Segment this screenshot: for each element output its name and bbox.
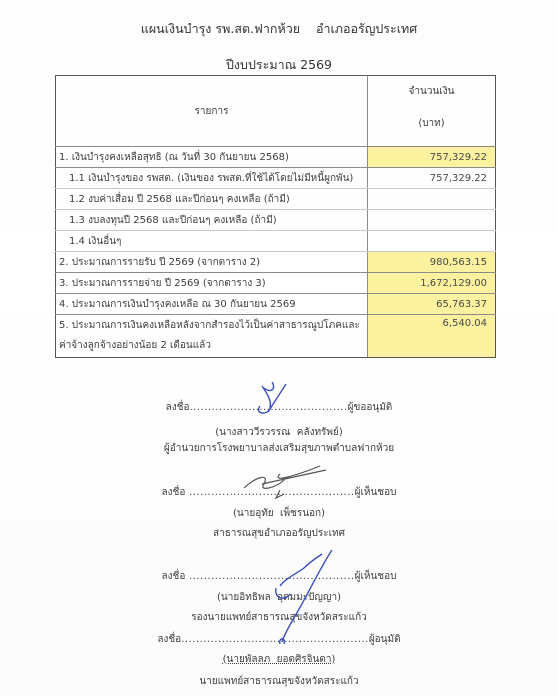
signer-name-final-approver: (นายพัลลภ ยอดศิรจินดา)	[0, 652, 558, 667]
row-label: 1.2 งบค่าเสื่อม ปี 2568 และปีก่อนๆ คงเหล…	[56, 189, 368, 210]
header-amount: จำนวนเงิน (บาท)	[368, 76, 496, 147]
role-suffix: ผู้ขออนุมัติ	[348, 402, 393, 413]
sign-prefix: ลงชื่อ	[162, 571, 186, 582]
row-label: 3. ประมาณการรายจ่าย ปี 2569 (จากตาราง 3)	[56, 273, 368, 294]
signer-position-approver1: สาธารณสุขอำเภออรัญประเทศ	[0, 526, 558, 541]
sign-dots: ........................................…	[189, 402, 347, 413]
row-amount: 1,672,129.00	[368, 273, 496, 294]
table-row: 5. ประมาณการเงินคงเหลือหลังจากสำรองไว้เป…	[56, 315, 496, 358]
signer-position-requester: ผู้อำนวยการโรงพยาบาลส่งเสริมสุขภาพตำบลฟา…	[0, 441, 558, 456]
header-item: รายการ	[56, 76, 368, 147]
sign-dots: ........................................…	[181, 634, 369, 645]
row-label: 5. ประมาณการเงินคงเหลือหลังจากสำรองไว้เป…	[56, 315, 368, 358]
table-row: 1.1 เงินบำรุงของ รพสต. (เงินของ รพสต.ที่…	[56, 168, 496, 189]
table-row: 3. ประมาณการรายจ่าย ปี 2569 (จากตาราง 3)…	[56, 273, 496, 294]
row-amount	[368, 231, 496, 252]
row-label: 1.1 เงินบำรุงของ รพสต. (เงินของ รพสต.ที่…	[56, 168, 368, 189]
sign-prefix: ลงชื่อ	[166, 402, 190, 413]
header-amount-unit: (บาท)	[368, 119, 495, 129]
role-suffix: ผู้เห็นชอบ	[355, 571, 397, 582]
row-amount: 757,329.22	[368, 168, 496, 189]
signer-position-final-approver: นายแพทย์สาธารณสุขจังหวัดสระแก้ว	[0, 674, 558, 689]
signature-line-final-approver: ลงชื่อ..................................…	[0, 632, 558, 647]
row-amount	[368, 189, 496, 210]
sign-prefix: ลงชื่อ	[162, 487, 186, 498]
table-row: 1.4 เงินอื่นๆ	[56, 231, 496, 252]
table-row: 1.2 งบค่าเสื่อม ปี 2568 และปีก่อนๆ คงเหล…	[56, 189, 496, 210]
row-amount: 980,563.15	[368, 252, 496, 273]
row-amount: 65,763.37	[368, 294, 496, 315]
fiscal-year-subtitle: ปีงบประมาณ 2569	[0, 55, 558, 75]
table-row: 4. ประมาณการเงินบำรุงคงเหลือ ณ 30 กันยาย…	[56, 294, 496, 315]
row-amount	[368, 210, 496, 231]
row-label: 4. ประมาณการเงินบำรุงคงเหลือ ณ 30 กันยาย…	[56, 294, 368, 315]
sign-prefix: ลงชื่อ	[157, 634, 181, 645]
sign-dots: ........................................…	[185, 487, 354, 498]
table-row: 1. เงินบำรุงคงเหลือสุทธิ (ณ วันที่ 30 กั…	[56, 147, 496, 168]
row-label: 2. ประมาณการรายรับ ปี 2569 (จากตาราง 2)	[56, 252, 368, 273]
row-amount: 757,329.22	[368, 147, 496, 168]
row-amount: 6,540.04	[368, 315, 496, 358]
signer-position-approver2: รองนายแพทย์สาธารณสุขจังหวัดสระแก้ว	[0, 610, 558, 625]
table-row: 2. ประมาณการรายรับ ปี 2569 (จากตาราง 2)9…	[56, 252, 496, 273]
signature-line-approver1: ลงชื่อ .................................…	[0, 485, 558, 500]
signature-line-requester: ลงชื่อ..................................…	[0, 400, 558, 415]
document-title: แผนเงินบำรุง รพ.สต.ฟากห้วย อำเภออรัญประเ…	[0, 19, 558, 39]
signer-name-approver2: (นายอิทธิพล อุดมมะปัญญา)	[0, 590, 558, 605]
row-label: 1.3 งบลงทุนปี 2568 และปีก่อนๆ คงเหลือ (ถ…	[56, 210, 368, 231]
sign-dots: ........................................…	[185, 571, 354, 582]
role-suffix: ผู้อนุมัติ	[369, 634, 401, 645]
budget-table: รายการ จำนวนเงิน (บาท) 1. เงินบำรุงคงเหล…	[55, 75, 496, 358]
row-label: 1.4 เงินอื่นๆ	[56, 231, 368, 252]
table-header-row: รายการ จำนวนเงิน (บาท)	[56, 76, 496, 147]
table-row: 1.3 งบลงทุนปี 2568 และปีก่อนๆ คงเหลือ (ถ…	[56, 210, 496, 231]
role-suffix: ผู้เห็นชอบ	[355, 487, 397, 498]
signer-name-approver1: (นายอุทัย เพ็ชรนอก)	[0, 506, 558, 521]
signer-name-requester: (นางสาววีรวรรณ คลังทรัพย์)	[0, 425, 558, 440]
row-label: 1. เงินบำรุงคงเหลือสุทธิ (ณ วันที่ 30 กั…	[56, 147, 368, 168]
signature-line-approver2: ลงชื่อ .................................…	[0, 569, 558, 584]
header-amount-label: จำนวนเงิน	[368, 87, 495, 97]
